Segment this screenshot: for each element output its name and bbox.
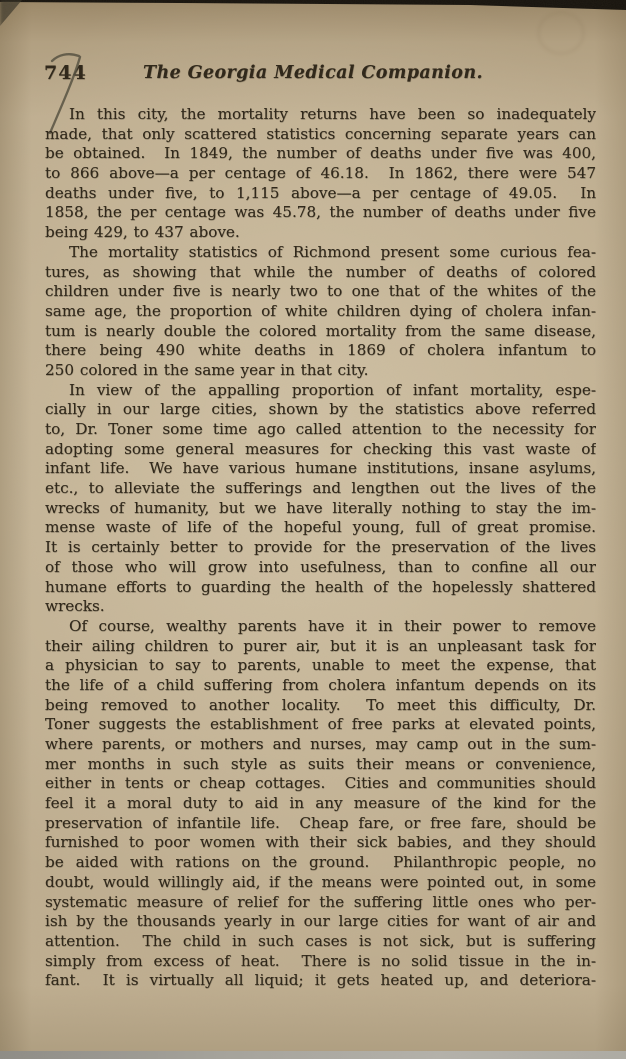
scanner-bed-strip <box>0 1051 626 1059</box>
text-line: be obtained. In 1849, the number of deat… <box>45 144 596 164</box>
text-line: wrecks of humanity, but we have literall… <box>45 499 596 519</box>
text-line: preservation of infantile life. Cheap fa… <box>45 814 596 834</box>
body-text: In this city, the mortality returns have… <box>45 105 596 991</box>
text-line: ish by the thousands yearly in our large… <box>45 912 596 932</box>
text-line: cially in our large cities, shown by the… <box>45 400 596 420</box>
text-line: adopting some general measures for check… <box>45 440 596 460</box>
scan-edge-top <box>0 0 626 12</box>
text-line: their ailing children to purer air, but … <box>45 637 596 657</box>
text-line: infant life. We have various humane inst… <box>45 459 596 479</box>
text-line: In this city, the mortality returns have… <box>45 105 596 125</box>
text-line: The mortality statistics of Richmond pre… <box>45 243 596 263</box>
text-line: feel it a moral duty to aid in any measu… <box>45 794 596 814</box>
scanned-page: 744 The Georgia Medical Companion. In th… <box>0 0 626 1059</box>
text-line: children under five is nearly two to one… <box>45 282 596 302</box>
text-line: tum is nearly double the colored mortali… <box>45 322 596 342</box>
running-title: The Georgia Medical Companion. <box>0 63 626 83</box>
text-line: In view of the appalling proportion of i… <box>45 381 596 401</box>
scan-corner-top-left <box>0 0 26 30</box>
text-line: same age, the proportion of white childr… <box>45 302 596 322</box>
text-line: 1858, the per centage was 45.78, the num… <box>45 203 596 223</box>
text-line: attention. The child in such cases is no… <box>45 932 596 952</box>
text-line: be aided with rations on the ground. Phi… <box>45 853 596 873</box>
text-line: where parents, or mothers and nurses, ma… <box>45 735 596 755</box>
text-line: Of course, wealthy parents have it in th… <box>45 617 596 637</box>
text-line: It is certainly better to provide for th… <box>45 538 596 558</box>
text-line: systematic measure of relief for the suf… <box>45 893 596 913</box>
paper-smudge <box>538 12 584 54</box>
text-line: either in tents or cheap cottages. Citie… <box>45 774 596 794</box>
text-line: a physician to say to parents, unable to… <box>45 656 596 676</box>
text-line: 250 colored in the same year in that cit… <box>45 361 596 381</box>
text-line: doubt, would willingly aid, if the means… <box>45 873 596 893</box>
text-line: humane efforts to guarding the health of… <box>45 578 596 598</box>
text-line: Toner suggests the establishment of free… <box>45 715 596 735</box>
text-line: wrecks. <box>45 597 596 617</box>
text-line: to 866 above—a per centage of 46.18. In … <box>45 164 596 184</box>
text-line: etc., to alleviate the sufferings and le… <box>45 479 596 499</box>
text-line: there being 490 white deaths in 1869 of … <box>45 341 596 361</box>
text-line: mer months in such style as suits their … <box>45 755 596 775</box>
text-line: to, Dr. Toner some time ago called atten… <box>45 420 596 440</box>
text-line: fant. It is virtually all liquid; it get… <box>45 971 596 991</box>
text-line: of those who will grow into usefulness, … <box>45 558 596 578</box>
text-line: being removed to another locality. To me… <box>45 696 596 716</box>
text-line: furnished to poor women with their sick … <box>45 833 596 853</box>
text-line: tures, as showing that while the number … <box>45 263 596 283</box>
text-line: the life of a child suffering from chole… <box>45 676 596 696</box>
text-line: made, that only scattered statistics con… <box>45 125 596 145</box>
text-line: mense waste of life of the hopeful young… <box>45 518 596 538</box>
text-line: deaths under five, to 1,115 above—a per … <box>45 184 596 204</box>
text-line: simply from excess of heat. There is no … <box>45 952 596 972</box>
text-line: being 429, to 437 above. <box>45 223 596 243</box>
